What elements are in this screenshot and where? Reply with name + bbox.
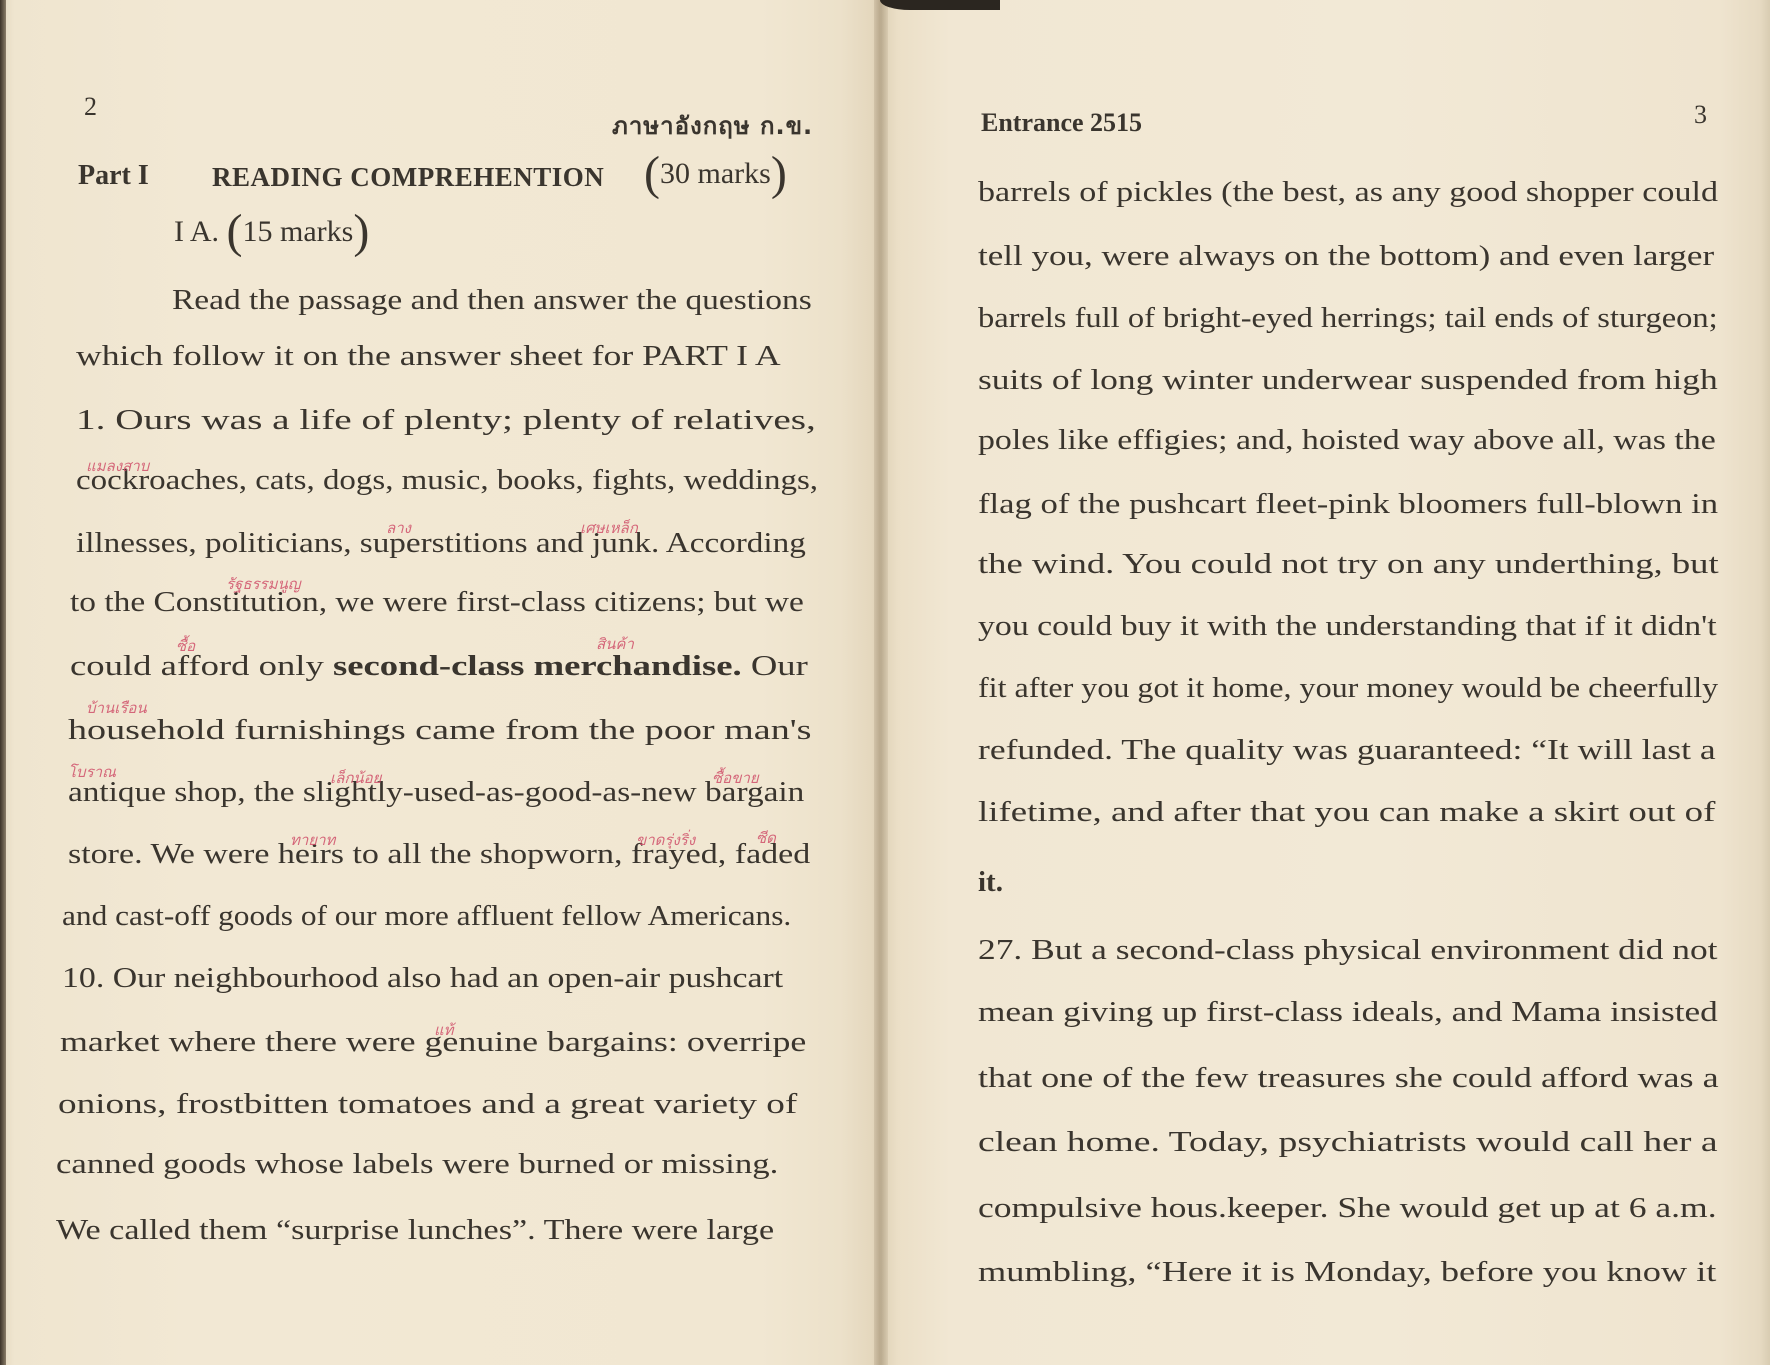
annotation-superstitions: ลาง [386, 516, 411, 540]
passage-line: poles like effigies; and, hoisted way ab… [978, 424, 1716, 457]
page-number-right: 3 [1694, 100, 1707, 130]
instruction-line: which follow it on the answer sheet for … [76, 340, 781, 373]
passage-line: tell you, were always on the bottom) and… [978, 240, 1714, 273]
annotation-cockroaches: แมลงสาบ [86, 454, 149, 478]
annotation-genuine: แท้ [434, 1018, 454, 1042]
part-label: Part I [78, 160, 149, 192]
part-marks-text: 30 marks [660, 157, 771, 190]
annotation-merchandise: สินค้า [596, 632, 634, 656]
passage-line: canned goods whose labels were burned or… [56, 1148, 778, 1181]
passage-line: We called them “surprise lunches”. There… [56, 1214, 774, 1247]
section-label: I A. [174, 215, 219, 248]
annotation-afford: ซื้อ [176, 634, 195, 658]
spine [880, 0, 1000, 10]
annotation-constitution: รัฐธรรมนูญ [226, 572, 301, 596]
passage-line: antique shop, the slightly-used-as-good-… [68, 776, 804, 809]
passage-line: 1. Ours was a life of plenty; plenty of … [76, 404, 816, 437]
annotation-household: บ้านเรือน [86, 696, 147, 720]
passage-line: 27. But a second-class physical environm… [978, 934, 1718, 967]
passage-line: flag of the pushcart fleet-pink bloomers… [978, 488, 1718, 521]
instruction-line: Read the passage and then answer the que… [172, 284, 812, 317]
passage-line: barrels of pickles (the best, as any goo… [978, 176, 1718, 209]
annotation-junk: เศษเหล็ก [580, 516, 638, 540]
passage-line: cockroaches, cats, dogs, music, books, f… [76, 464, 818, 497]
running-header-thai: ภาษาอังกฤษ ก.ข. [612, 106, 813, 145]
running-header-entrance: Entrance 2515 [981, 108, 1142, 138]
right-page: Entrance 2515 3 barrels of pickles (the … [880, 0, 1770, 1365]
passage-line: it. [978, 866, 1003, 899]
annotation-heirs: ทายาท [290, 828, 335, 852]
passage-line: mean giving up first-class ideals, and M… [978, 996, 1718, 1029]
passage-line: fit after you got it home, your money wo… [978, 672, 1718, 705]
annotation-antique: โบราณ [68, 760, 116, 784]
passage-line: suits of long winter underwear suspended… [978, 364, 1718, 397]
passage-line: that one of the few treasures she could … [978, 1062, 1719, 1095]
passage-line: compulsive hous.keeper. She would get up… [978, 1192, 1717, 1225]
passage-line: clean home. Today, psychiatrists would c… [978, 1126, 1718, 1159]
annotation-faded: ซีด [756, 826, 776, 850]
annotation-bargain: ซื้อขาย [712, 766, 759, 790]
annotation-frayed: ขาดรุ่งริ่ง [636, 828, 695, 852]
passage-line: to the Constitution, we were first-class… [70, 586, 804, 619]
passage-line: mumbling, “Here it is Monday, before you… [978, 1256, 1716, 1289]
left-page: 2 ภาษาอังกฤษ ก.ข. Part I READING COMPREH… [0, 0, 880, 1365]
part-title: READING COMPREHENTION [212, 162, 604, 193]
page-number-left: 2 [84, 92, 97, 122]
passage-line: refunded. The quality was guaranteed: “I… [978, 734, 1716, 767]
passage-line: illnesses, politicians, superstitions an… [76, 527, 806, 560]
part-marks: (30 marks) [644, 150, 787, 198]
passage-line: you could buy it with the understanding … [978, 610, 1717, 643]
gutter [874, 0, 888, 1365]
passage-line: onions, frostbitten tomatoes and a great… [58, 1088, 797, 1121]
passage-line: barrels full of bright-eyed herrings; ta… [978, 302, 1718, 335]
annotation-slightly: เล็กน้อย [330, 766, 381, 790]
book-edge [0, 0, 6, 1365]
section-heading: I A. (15 marks) [174, 208, 369, 256]
passage-line: lifetime, and after that you can make a … [978, 796, 1715, 829]
passage-line: and cast-off goods of our more affluent … [62, 900, 791, 933]
passage-line: 10. Our neighbourhood also had an open-a… [62, 962, 783, 995]
passage-line: household furnishings came from the poor… [68, 714, 811, 747]
section-marks: 15 marks [242, 215, 353, 248]
passage-line: store. We were heirs to all the shopworn… [68, 838, 810, 871]
passage-line: the wind. You could not try on any under… [978, 548, 1719, 581]
book-spread: 2 ภาษาอังกฤษ ก.ข. Part I READING COMPREH… [0, 0, 1770, 1365]
